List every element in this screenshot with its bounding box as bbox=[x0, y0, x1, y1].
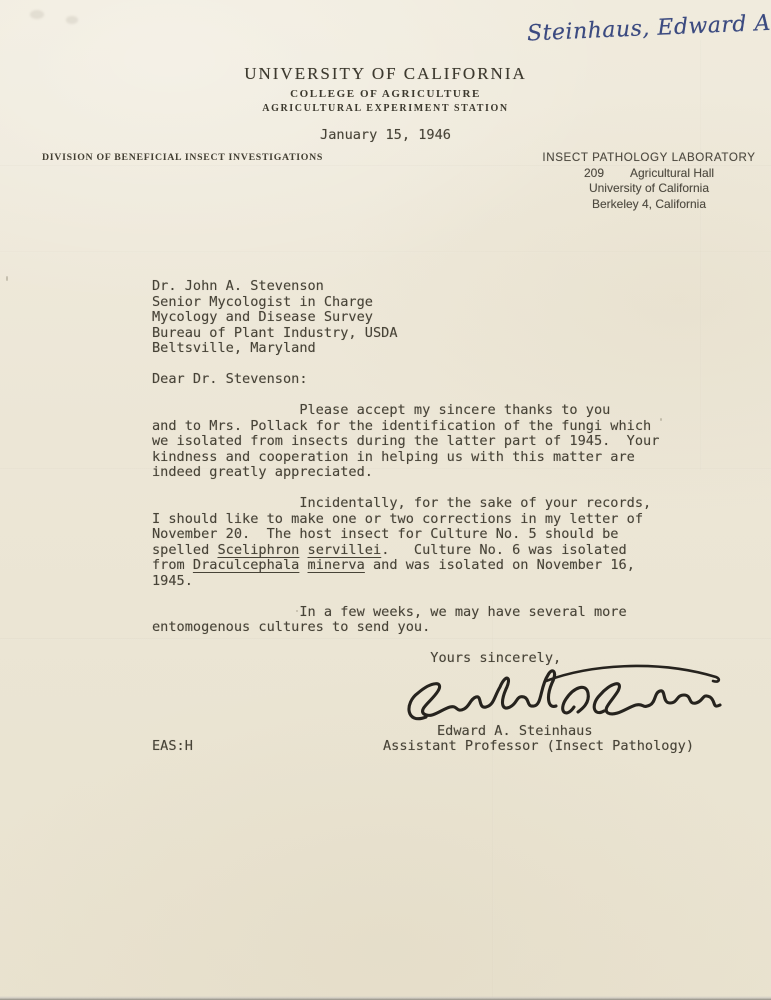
letterhead-station: AGRICULTURAL EXPERIMENT STATION bbox=[0, 103, 771, 114]
stamp-line: Berkeley 4, California bbox=[534, 197, 764, 213]
letterhead-university: UNIVERSITY OF CALIFORNIA bbox=[0, 64, 771, 84]
pencil-smudge bbox=[66, 16, 78, 24]
letterhead: UNIVERSITY OF CALIFORNIA COLLEGE OF AGRI… bbox=[0, 64, 771, 114]
typed-line: Senior Mycologist in Charge bbox=[152, 295, 659, 311]
ink-speck bbox=[660, 418, 662, 421]
typed-line: In a few weeks, we may have several more bbox=[152, 605, 659, 621]
typed-line: Mycology and Disease Survey bbox=[152, 310, 659, 326]
scan-bottom-edge bbox=[0, 996, 771, 1000]
typed-line: entomogenous cultures to send you. bbox=[152, 620, 659, 636]
typed-line bbox=[152, 589, 659, 605]
typed-line: Please accept my sincere thanks to you bbox=[152, 403, 659, 419]
letter-scan-page: Steinhaus, Edward A UNIVERSITY OF CALIFO… bbox=[0, 0, 771, 1000]
typed-line: 1945. bbox=[152, 574, 659, 590]
typed-line: November 20. The host insect for Culture… bbox=[152, 527, 659, 543]
typed-line: kindness and cooperation in helping us w… bbox=[152, 450, 659, 466]
typed-line bbox=[152, 481, 659, 497]
typed-line: Dr. John A. Stevenson bbox=[152, 279, 659, 295]
signer-title: Assistant Professor (Insect Pathology) bbox=[383, 738, 694, 754]
typed-line: Bureau of Plant Industry, USDA bbox=[152, 326, 659, 342]
typed-line: from Draculcephala minerva and was isola… bbox=[152, 558, 659, 574]
typed-line bbox=[152, 357, 659, 373]
letterhead-college: COLLEGE OF AGRICULTURE bbox=[0, 88, 771, 100]
typed-line: indeed greatly appreciated. bbox=[152, 465, 659, 481]
fold-crease bbox=[0, 251, 771, 253]
typed-line bbox=[152, 388, 659, 404]
stamp-block: INSECT PATHOLOGY LABORATORY209 Agricultu… bbox=[534, 150, 764, 213]
typed-line: I should like to make one or two correct… bbox=[152, 512, 659, 528]
stamp-line: 209 Agricultural Hall bbox=[534, 166, 764, 182]
stamp-line: INSECT PATHOLOGY LABORATORY bbox=[534, 150, 764, 166]
division-line: DIVISION OF BENEFICIAL INSECT INVESTIGAT… bbox=[42, 152, 323, 163]
stamp-line: University of California bbox=[534, 181, 764, 197]
typed-line: Dear Dr. Stevenson: bbox=[152, 372, 659, 388]
ink-speck bbox=[6, 276, 8, 281]
handwritten-filing-note: Steinhaus, Edward A bbox=[527, 11, 771, 47]
date-line: January 15, 1946 bbox=[0, 127, 771, 143]
typed-line: we isolated from insects during the latt… bbox=[152, 434, 659, 450]
typed-line bbox=[152, 636, 659, 652]
typed-line: Incidentally, for the sake of your recor… bbox=[152, 496, 659, 512]
typed-signature-name: Edward A. Steinhaus bbox=[437, 723, 593, 739]
typed-line: spelled Sceliphron servillei. Culture No… bbox=[152, 543, 659, 559]
typed-line: Beltsville, Maryland bbox=[152, 341, 659, 357]
pencil-smudge bbox=[30, 10, 44, 19]
typist-initials: EAS:H bbox=[152, 738, 193, 754]
typed-letter-body: Dr. John A. StevensonSenior Mycologist i… bbox=[152, 279, 659, 667]
typed-line: and to Mrs. Pollack for the identificati… bbox=[152, 419, 659, 435]
